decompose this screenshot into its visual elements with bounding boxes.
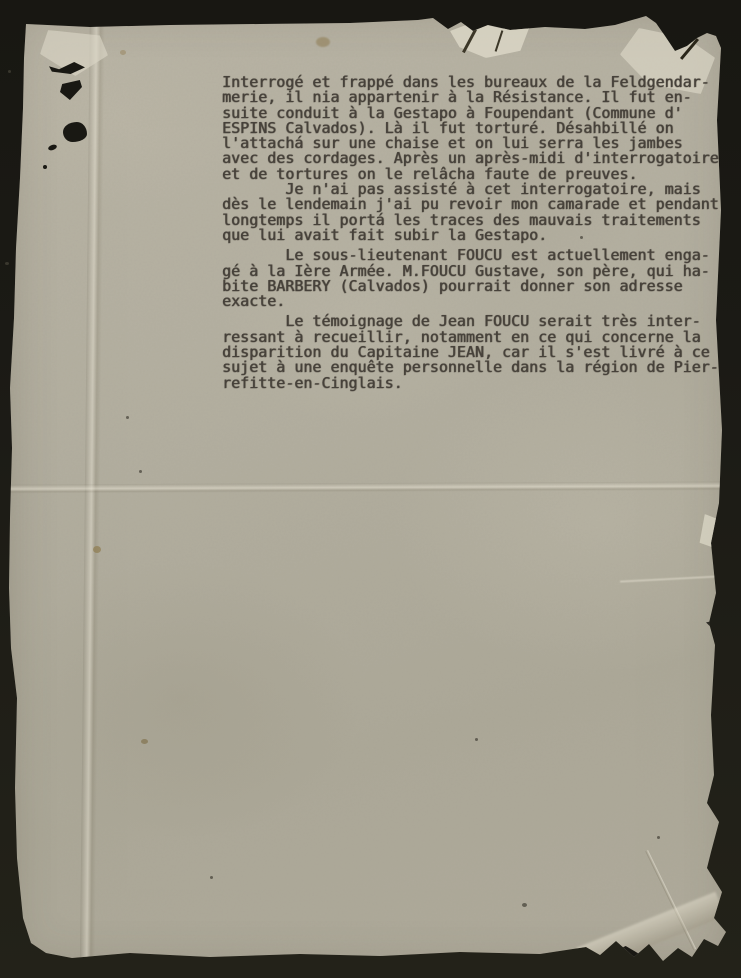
- stain: [120, 50, 126, 55]
- scanner-background: Interrogé et frappé dans les bureaux de …: [0, 0, 741, 978]
- speck: [475, 738, 478, 741]
- text-line: bite BARBERY (Calvados) pourrait donner …: [222, 279, 727, 294]
- text-line: refitte-en-Cinglais.: [222, 376, 727, 391]
- paragraph: Le sous-lieutenant FOUCU est actuellemen…: [222, 248, 727, 309]
- stain: [713, 676, 719, 684]
- document-page: Interrogé et frappé dans les bureaux de …: [0, 0, 741, 978]
- speck: [210, 876, 213, 879]
- paragraph: Interrogé et frappé dans les bureaux de …: [222, 75, 727, 182]
- stain: [93, 546, 101, 553]
- dust-speck: [8, 70, 11, 73]
- speck: [126, 416, 129, 419]
- text-line: exacte.: [222, 294, 727, 309]
- speck: [522, 903, 527, 907]
- stain: [141, 739, 148, 744]
- text-line: que lui avait fait subir la Gestapo.: [222, 228, 727, 243]
- dust-speck: [5, 262, 9, 265]
- paper-hole: [43, 165, 47, 169]
- typewritten-text: Interrogé et frappé dans les bureaux de …: [222, 75, 727, 391]
- stain: [316, 37, 330, 47]
- speck: [139, 470, 142, 473]
- paragraph: Je n'ai pas assisté à cet interrogatoire…: [222, 182, 727, 243]
- speck: [657, 836, 660, 839]
- paper-hole: [63, 122, 87, 142]
- paragraph: Le témoignage de Jean FOUCU serait très …: [222, 314, 727, 390]
